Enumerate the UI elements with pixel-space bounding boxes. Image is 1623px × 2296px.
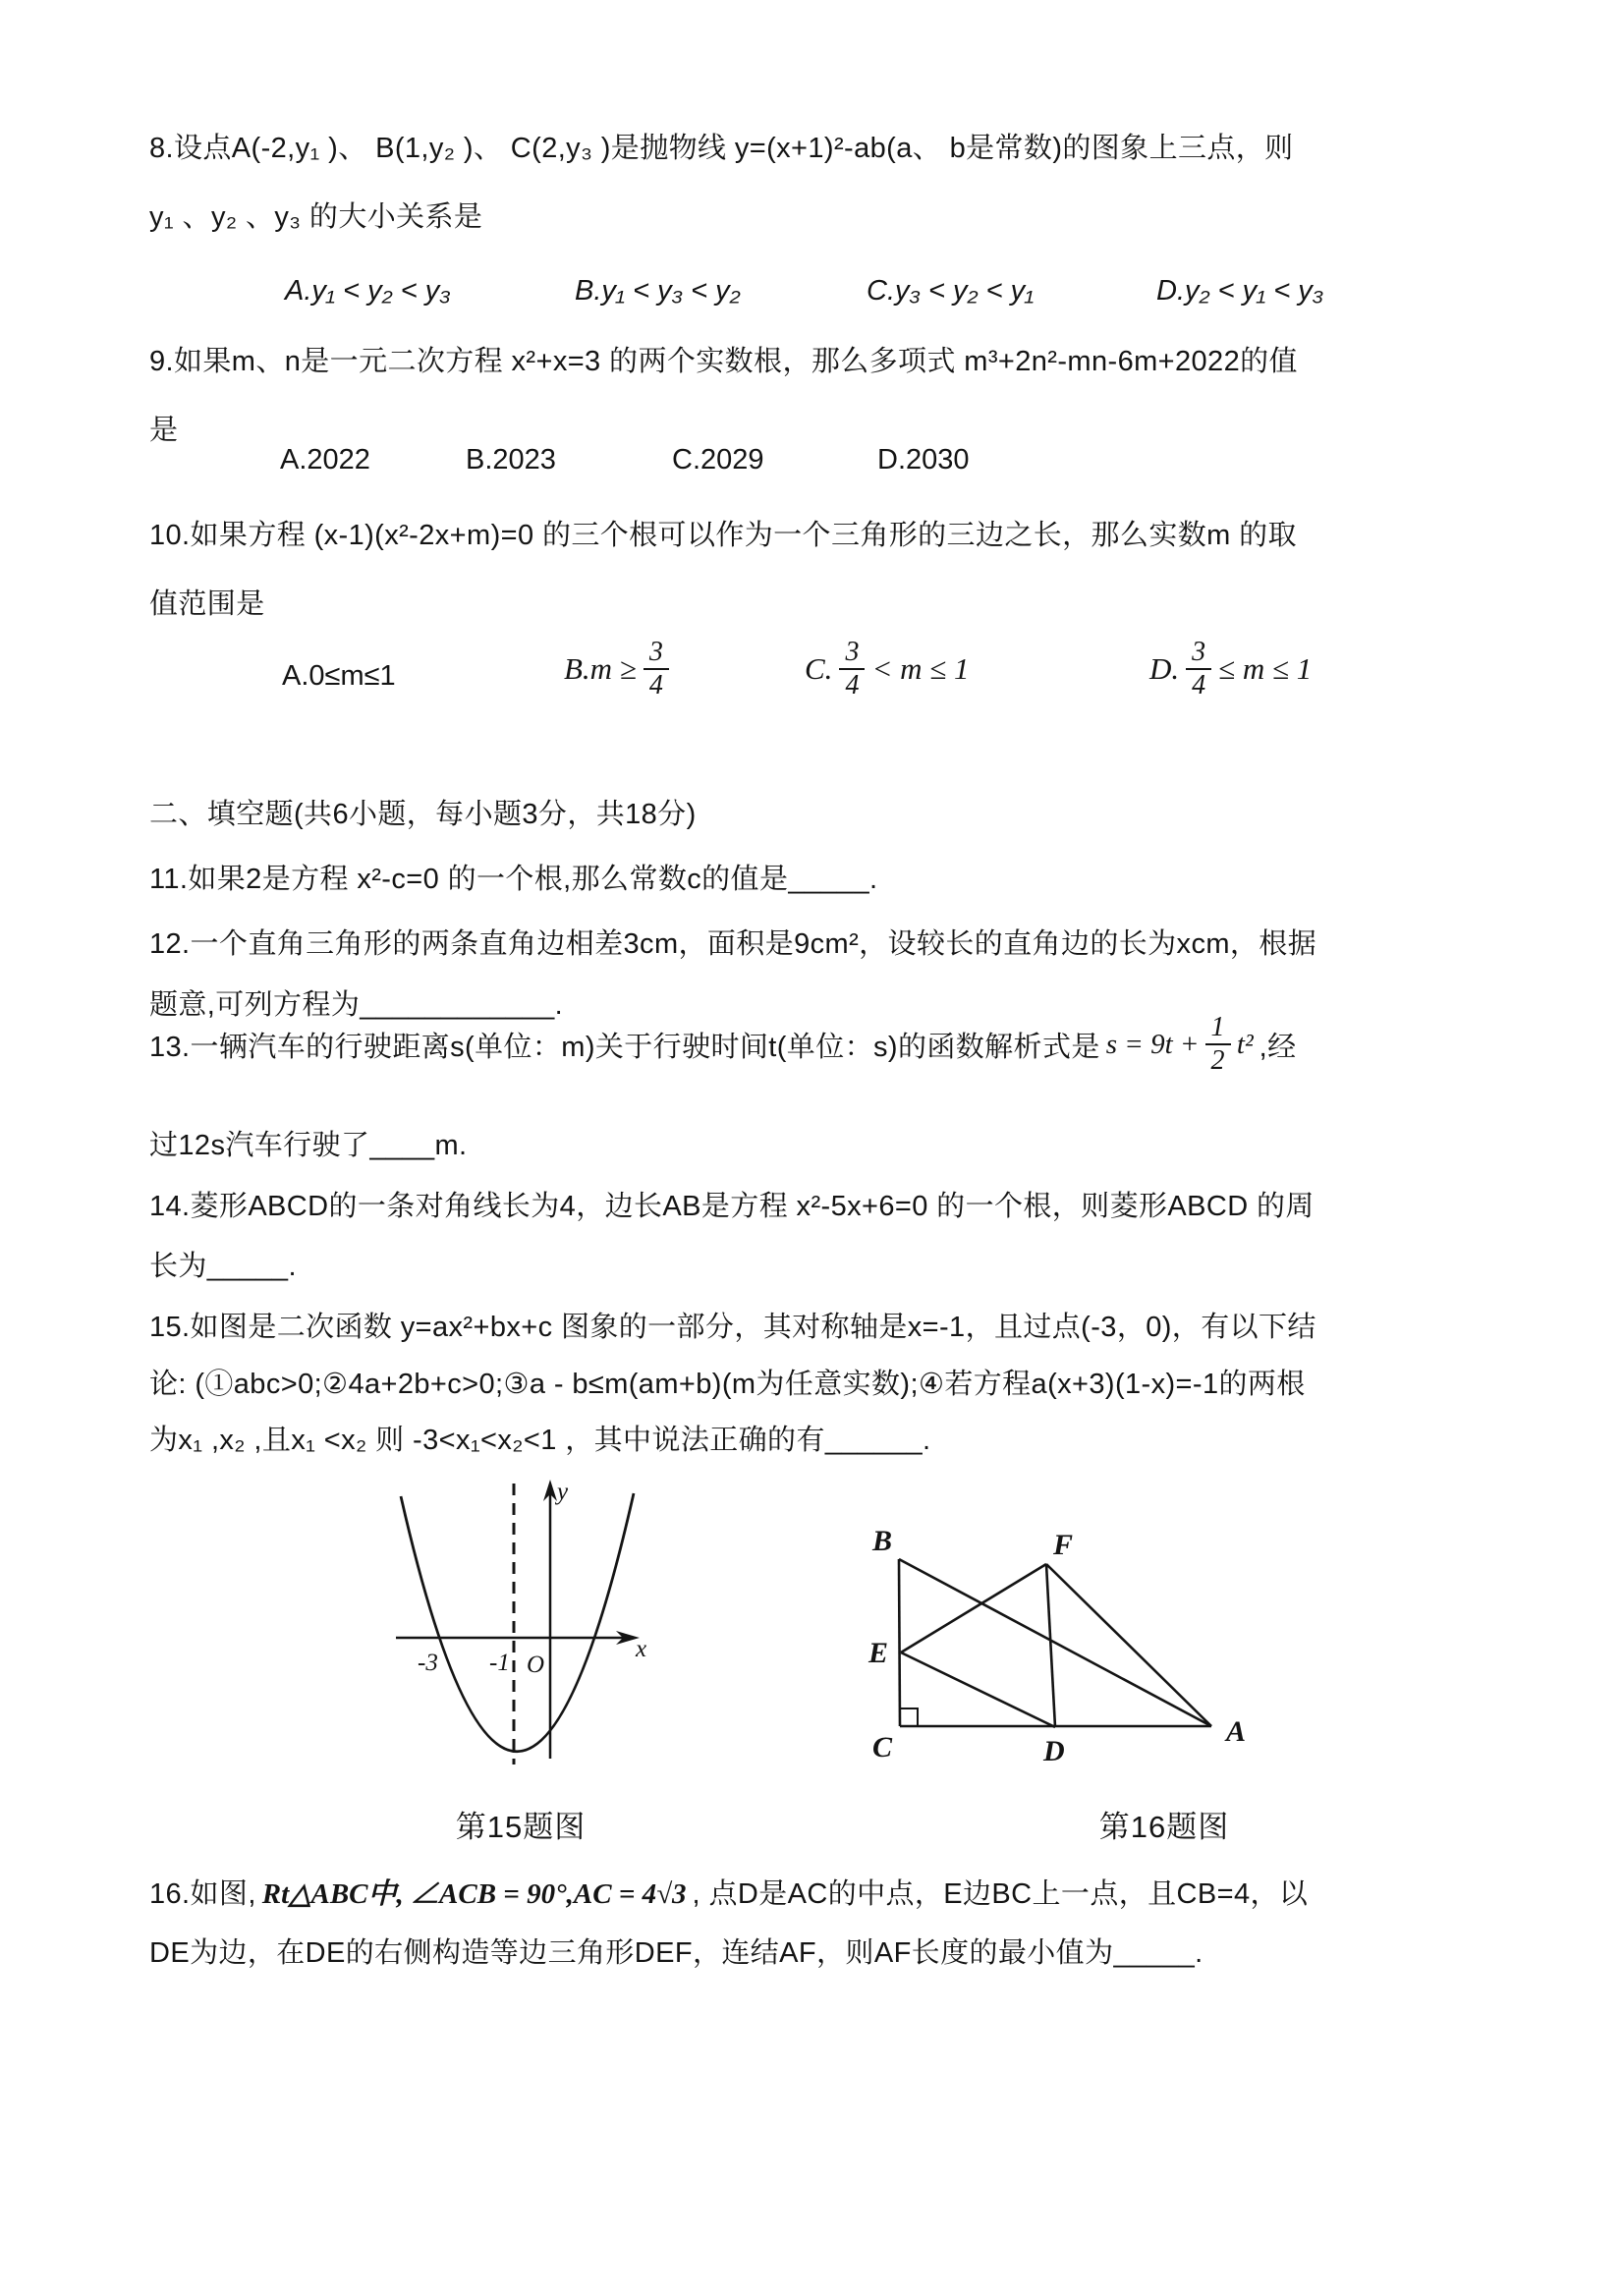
q8-option-a: A.y₁ < y₂ < y₃ — [285, 275, 451, 308]
vertex-label-F: F — [1052, 1529, 1073, 1561]
origin-label: O — [527, 1652, 544, 1678]
q13-text: 13.一辆汽车的行驶距离s(单位：m)关于行驶时间t(单位：s)的函数解析式是 — [149, 1025, 1100, 1065]
q13-formula-pre: s = 9t + — [1106, 1029, 1200, 1061]
q15-line3: 为x₁ ,x₂ ,且x₁ <x₂ 则 -3<x₁<x₂<1 ，其中说法正确的有_… — [149, 1418, 930, 1458]
fraction-denominator: 4 — [644, 670, 669, 701]
segment-FA — [1046, 1564, 1211, 1726]
x-axis-label: x — [635, 1636, 646, 1662]
q9-option-d: D.2030 — [877, 444, 970, 476]
fraction-denominator: 2 — [1205, 1045, 1231, 1077]
segment-ED — [901, 1652, 1055, 1727]
q10-option-d-post: ≤ m ≤ 1 — [1218, 651, 1312, 687]
q11-line: 11.如果2是方程 x²-c=0 的一个根,那么常数c的值是_____. — [149, 857, 877, 897]
right-angle-mark — [900, 1708, 918, 1726]
q9-option-c: C.2029 — [672, 444, 764, 476]
fraction-numerator: 1 — [1205, 1012, 1231, 1045]
q13-tail: ,经 — [1259, 1025, 1297, 1065]
fraction: 3 4 — [1186, 637, 1211, 701]
q10-option-c-post: < m ≤ 1 — [871, 651, 969, 687]
q14-line2: 长为_____. — [149, 1244, 297, 1284]
fraction-numerator: 3 — [839, 637, 865, 670]
tick-neg3: -3 — [418, 1650, 438, 1676]
fraction-numerator: 3 — [1186, 637, 1211, 670]
q13-line1: 13.一辆汽车的行驶距离s(单位：m)关于行驶时间t(单位：s)的函数解析式是 … — [149, 1012, 1297, 1077]
fraction-denominator: 4 — [839, 670, 865, 701]
fraction-denominator: 4 — [1186, 670, 1211, 701]
q10-option-b-pre: B.m ≥ — [564, 651, 637, 687]
q15-line1: 15.如图是二次函数 y=ax²+bx+c 图象的一部分，其对称轴是x=-1，且… — [149, 1305, 1316, 1345]
vertex-label-A: A — [1224, 1715, 1246, 1748]
fraction-numerator: 3 — [644, 637, 669, 670]
q8-option-d: D.y₂ < y₁ < y₃ — [1156, 275, 1323, 308]
vertex-label-D: D — [1042, 1735, 1065, 1767]
segment-AB — [899, 1559, 1211, 1726]
section2-header: 二、填空题(共6小题，每小题3分，共18分) — [149, 792, 697, 832]
q15-line2: 论: (①abc>0;②4a+2b+c>0;③a - b≤m(am+b)(m为任… — [149, 1362, 1306, 1402]
q14-line1: 14.菱形ABCD的一条对角线长为4，边长AB是方程 x²-5x+6=0 的一个… — [149, 1184, 1315, 1224]
q10-line1: 10.如果方程 (x-1)(x²-2x+m)=0 的三个根可以作为一个三角形的三… — [149, 513, 1297, 553]
q8-line1: 8.设点A(-2,y₁ )、 B(1,y₂ )、 C(2,y₃ )是抛物线 y=… — [149, 126, 1294, 166]
q16-formula: Rt△ABC中, ∠ACB = 90°,AC = 4√3 — [262, 1872, 687, 1912]
tick-neg1: -1 — [489, 1650, 510, 1676]
q10-line2: 值范围是 — [149, 582, 265, 622]
segment-EF — [901, 1564, 1046, 1652]
q10-option-c-pre: C. — [805, 651, 832, 687]
q15-figure-caption: 第15题图 — [393, 1802, 648, 1846]
q16-triangle-figure: B F E C D A — [863, 1513, 1285, 1788]
q9-line2: 是 — [149, 408, 178, 448]
vertex-label-E: E — [867, 1637, 888, 1669]
segment-BC — [899, 1559, 900, 1726]
q16-figure-caption: 第16题图 — [1041, 1802, 1287, 1846]
q16-pre: 16.如图, — [149, 1872, 256, 1912]
q9-line1: 9.如果m、n是一元二次方程 x²+x=3 的两个实数根，那么多项式 m³+2n… — [149, 339, 1298, 379]
q13-formula-post: t² — [1237, 1029, 1254, 1061]
q16-line1: 16.如图, Rt△ABC中, ∠ACB = 90°,AC = 4√3 , 点D… — [149, 1872, 1308, 1912]
q8-line2: y₁ 、y₂ 、y₃ 的大小关系是 — [149, 195, 482, 235]
q15-parabola-figure: -3 -1 O y x — [388, 1474, 653, 1778]
q10-option-b: B.m ≥ 3 4 — [564, 637, 676, 701]
y-axis-label: y — [554, 1479, 569, 1505]
q10-option-a: A.0≤m≤1 — [282, 660, 396, 693]
q13-line2: 过12s汽车行驶了____m. — [149, 1123, 468, 1163]
parabola-curve — [401, 1493, 634, 1752]
vertex-label-C: C — [872, 1731, 893, 1764]
q16-post: , 点D是AC的中点，E边BC上一点，且CB=4，以 — [693, 1872, 1309, 1912]
fraction: 3 4 — [839, 637, 865, 701]
q9-option-a: A.2022 — [280, 444, 370, 476]
fraction: 1 2 — [1205, 1012, 1231, 1077]
q16-line2: DE为边，在DE的右侧构造等边三角形DEF，连结AF，则AF长度的最小值为___… — [149, 1931, 1203, 1971]
q8-option-b: B.y₁ < y₃ < y₂ — [575, 275, 741, 308]
vertex-label-B: B — [871, 1525, 892, 1557]
q10-option-c: C. 3 4 < m ≤ 1 — [805, 637, 970, 701]
fraction: 3 4 — [644, 637, 669, 701]
q12-line1: 12.一个直角三角形的两条直角边相差3cm，面积是9cm²，设较长的直角边的长为… — [149, 922, 1316, 962]
q8-option-c: C.y₃ < y₂ < y₁ — [867, 275, 1034, 308]
q10-option-d: D. 3 4 ≤ m ≤ 1 — [1149, 637, 1312, 701]
segment-FD — [1046, 1564, 1055, 1727]
q9-option-b: B.2023 — [466, 444, 556, 476]
q10-option-d-pre: D. — [1149, 651, 1179, 687]
